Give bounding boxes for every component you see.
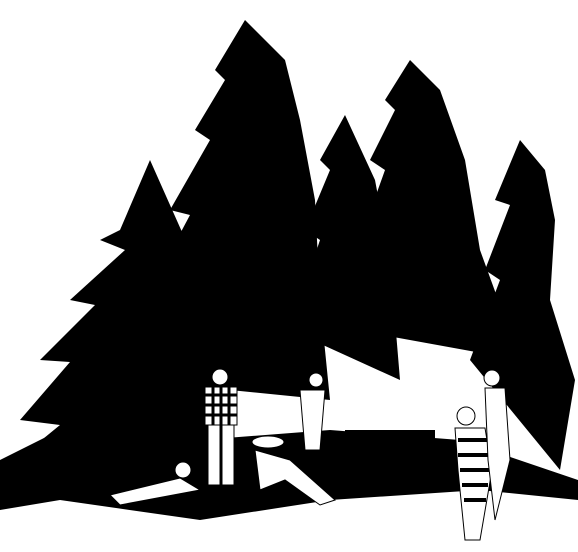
forest-campfire-illustration xyxy=(0,0,578,552)
